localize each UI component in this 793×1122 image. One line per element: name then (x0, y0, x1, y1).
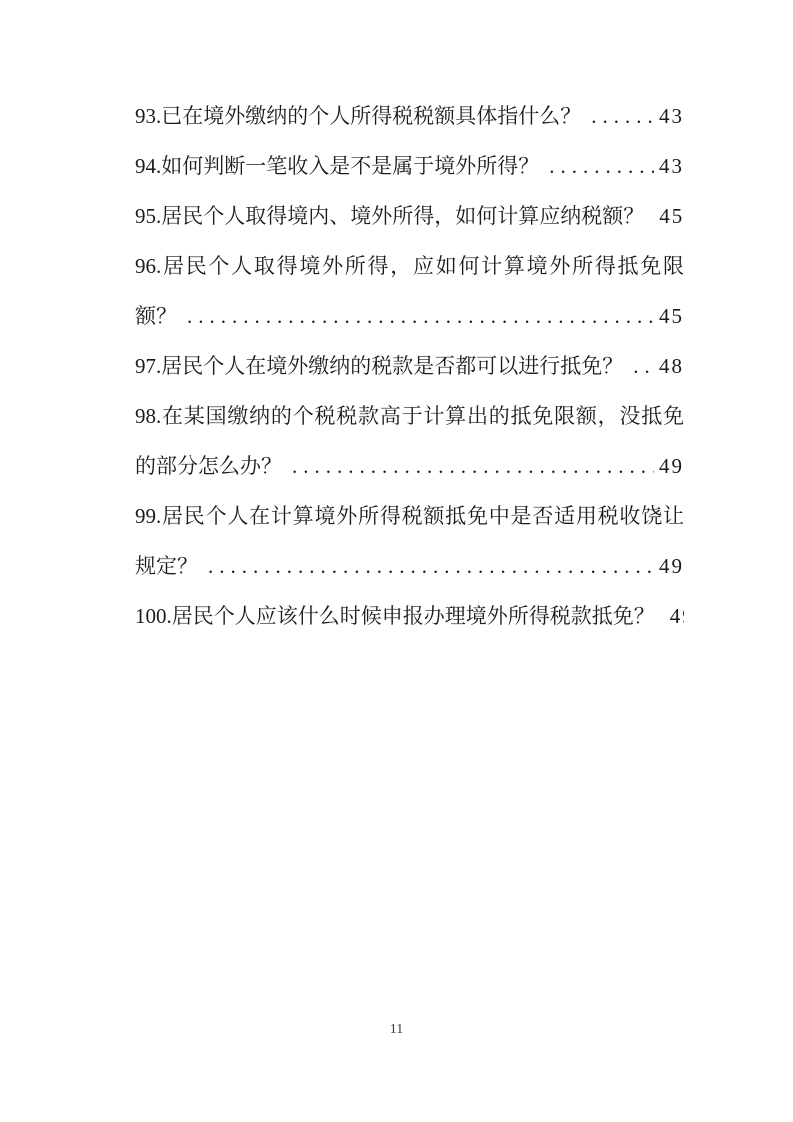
toc-page-number: 43 (654, 91, 684, 141)
dot-leader: ........................................… (581, 91, 654, 141)
toc-entry-text: 96.居民个人取得境外所得，应如何计算境外所得抵免限 (135, 241, 684, 291)
table-of-contents: 93.已在境外缴纳的个人所得税税额具体指什么？ ................… (135, 91, 684, 641)
toc-entry-98-line-1: 98.在某国缴纳的个税税款高于计算出的抵免限额，没抵免 (135, 391, 684, 441)
toc-entry-98-line-2: 的部分怎么办？ ................................… (135, 441, 684, 491)
toc-page-number: 48 (654, 341, 684, 391)
toc-entry-97: 97.居民个人在境外缴纳的税款是否都可以进行抵免？ ..............… (135, 341, 684, 391)
dot-leader: ........................................… (177, 291, 654, 341)
toc-entry-text: 额？ (135, 291, 177, 341)
toc-entry-96-line-1: 96.居民个人取得境外所得，应如何计算境外所得抵免限 (135, 241, 684, 291)
toc-page-number: 45 (654, 191, 684, 241)
dot-leader: ........................................… (623, 341, 654, 391)
toc-entry-text: 99.居民个人在计算境外所得税额抵免中是否适用税收饶让 (135, 491, 684, 541)
toc-entry-text: 规定？ (135, 541, 198, 591)
toc-entry-93: 93.已在境外缴纳的个人所得税税额具体指什么？ ................… (135, 91, 684, 141)
toc-entry-95: 95.居民个人取得境内、境外所得，如何计算应纳税额？ 45 (135, 191, 684, 241)
dot-leader: ........................................… (539, 141, 654, 191)
toc-entry-99-line-1: 99.居民个人在计算境外所得税额抵免中是否适用税收饶让 (135, 491, 684, 541)
toc-entry-94: 94.如何判断一笔收入是不是属于境外所得？ ..................… (135, 141, 684, 191)
toc-entry-text: 97.居民个人在境外缴纳的税款是否都可以进行抵免？ (135, 341, 623, 391)
document-page: 93.已在境外缴纳的个人所得税税额具体指什么？ ................… (0, 0, 793, 1122)
toc-entry-text: 95.居民个人取得境内、境外所得，如何计算应纳税额？ (135, 191, 644, 241)
toc-entry-text: 100.居民个人应该什么时候申报办理境外所得税款抵免？ (135, 591, 655, 641)
dot-leader: ........................................… (198, 541, 654, 591)
toc-entry-text: 的部分怎么办？ (135, 441, 282, 491)
toc-entry-99-line-2: 规定？ ....................................… (135, 541, 684, 591)
toc-entry-text: 93.已在境外缴纳的个人所得税税额具体指什么？ (135, 91, 581, 141)
toc-entry-100: 100.居民个人应该什么时候申报办理境外所得税款抵免？ 49 (135, 591, 684, 641)
dot-leader: ........................................… (282, 441, 654, 491)
toc-entry-text: 94.如何判断一笔收入是不是属于境外所得？ (135, 141, 539, 191)
toc-entry-text: 98.在某国缴纳的个税税款高于计算出的抵免限额，没抵免 (135, 391, 684, 441)
toc-page-number: 49 (654, 541, 684, 591)
toc-entry-96-line-2: 额？ .....................................… (135, 291, 684, 341)
footer-page-number: 11 (0, 1020, 793, 1040)
toc-page-number: 43 (654, 141, 684, 191)
toc-page-number: 49 (654, 441, 684, 491)
toc-page-number: 45 (654, 291, 684, 341)
toc-page-number: 49 (665, 591, 684, 641)
